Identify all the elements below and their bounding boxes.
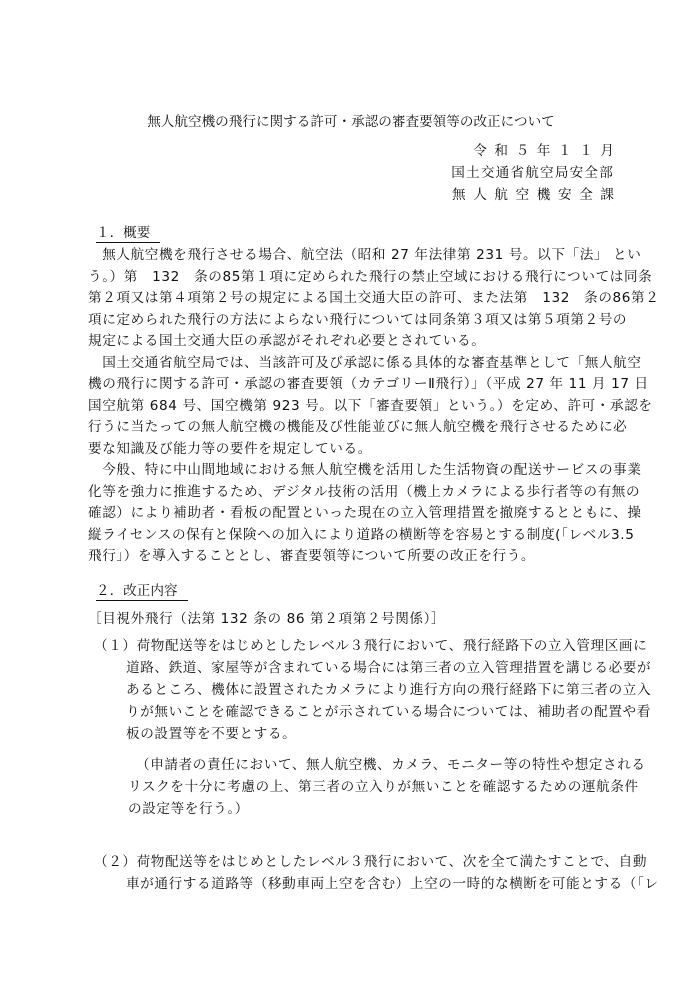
section-1-line: 第２項又は第４項第２号の規定による国土交通大臣の許可、また法第 132 条の86… bbox=[88, 288, 659, 308]
section-1-heading: １．概要 bbox=[96, 224, 160, 243]
section-1-line: 国空航第 684 号、国空機第 923 号。以下「審査要領」という。）を定め、許… bbox=[88, 396, 653, 416]
section-1-line: 機の飛行に関する許可・承認の審査要領（カテゴリーⅡ飛行）」（平成 27 年 11… bbox=[88, 374, 649, 394]
section-1-line: 国土交通省航空局では、当該許可及び承認に係る具体的な審査基準として「無人航空 bbox=[88, 353, 642, 373]
issuing-department: 国土交通省航空局安全部 bbox=[451, 161, 614, 181]
section-2-heading: ２．改正内容 bbox=[96, 582, 188, 601]
section-1-line: 化等を強力に推進するため、デジタル技術の活用（機上カメラによる歩行者等の有無の bbox=[88, 482, 640, 502]
item-1-note-line: （申請者の責任において、無人航空機、カメラ、モニター等の特性や想定される bbox=[136, 755, 646, 775]
item-1-line: 道路、鉄道、家屋等が含まれている場合には第三者の立入管理措置を講じる必要が bbox=[126, 658, 651, 678]
section-1-line: 項に定められた飛行の方法によらない飛行については同条第３項又は第５項第２号の bbox=[88, 310, 627, 330]
section-2-subheading: ［目視外飛行（法第 132 条の 86 第２項第２号関係）］ bbox=[88, 609, 445, 629]
section-1-line: 規定による国土交通大臣の承認がそれぞれ必要とされている。 bbox=[88, 331, 485, 351]
issuing-division: 無人航空機安全課 bbox=[452, 183, 622, 203]
item-1-line: 板の設置等を不要とする。 bbox=[126, 724, 296, 744]
item-2-line: 車が通行する道路等（移動車両上空を含む）上空の一時的な横断を可能とする（「レ bbox=[126, 874, 659, 894]
section-1-line: 縦ライセンスの保有と保険への加入により道路の横断等を容易とする制度(「レベル3.… bbox=[88, 525, 634, 545]
item-1-note-line: の設定等を行う。） bbox=[128, 799, 249, 819]
section-1-line: 無人航空機を飛行させる場合、航空法（昭和 27 年法律第 231 号。以下「法」… bbox=[88, 245, 641, 265]
item-1-line: りが無いことを確認できることが示されている場合については、補助者の配置や看 bbox=[126, 702, 651, 722]
section-1-line: 要な知識及び能力等の要件を規定している。 bbox=[88, 439, 372, 459]
item-2-line: （２）荷物配送等をはじめとしたレベル３飛行において、次を全て満たすことで、自動 bbox=[94, 852, 647, 872]
section-1-line: う。）第 132 条の85第１項に定められた飛行の禁止空域における飛行については… bbox=[88, 267, 652, 287]
section-1-line: 行うに当たっての無人航空機の機能及び性能並びに無人航空機を飛行させるために必 bbox=[88, 417, 627, 437]
item-1-line: あるところ、機体に設置されたカメラにより進行方向の飛行経路下に第三者の立入 bbox=[126, 680, 651, 700]
section-1-line: 今般、特に中山間地域における無人航空機を活用した生活物資の配送サービスの事業 bbox=[88, 460, 642, 480]
section-1-line: 確認）により補助者・看板の配置といった現在の立入管理措置を撤廃するとともに、操 bbox=[88, 503, 642, 523]
item-1-line: （１）荷物配送等をはじめとしたレベル３飛行において、飛行経路下の立入管理区画に bbox=[94, 636, 647, 656]
item-1-note-line: リスクを十分に考慮の上、第三者の立入りが無いことを確認するための運航条件 bbox=[128, 777, 639, 797]
document-title: 無人航空機の飛行に関する許可・承認の審査要領等の改正について bbox=[88, 110, 614, 130]
document-date: 令和５年１１月 bbox=[473, 139, 621, 159]
section-1-line: 飛行」）を導入することとし、審査要領等について所要の改正を行う。 bbox=[88, 546, 535, 566]
